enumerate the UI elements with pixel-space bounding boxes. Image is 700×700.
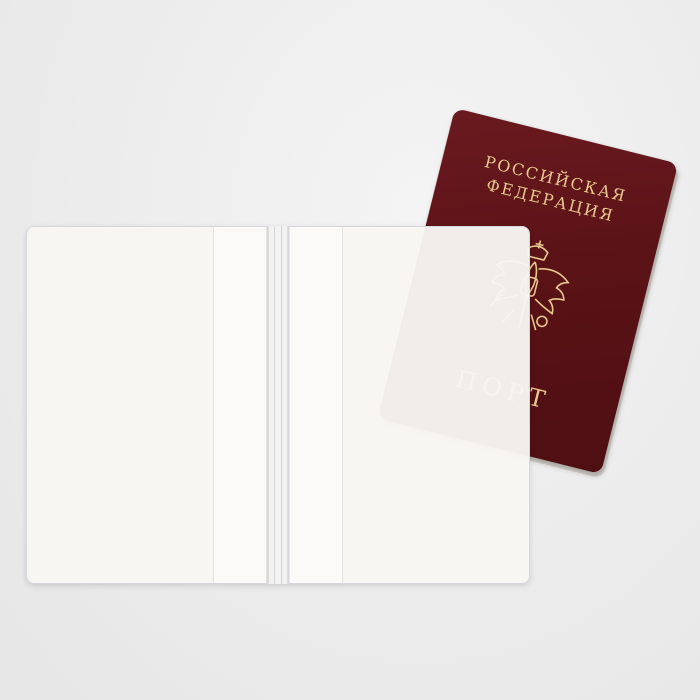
left-pocket [213,227,267,583]
scene-description: Clear transparent passport cover lying o… [0,0,1,1]
passport-cover [26,226,530,584]
cover-right-panel [288,226,530,584]
product-photo: РОССИЙСКАЯ ФЕДЕРАЦИЯ ПОРТ Cl [0,0,700,700]
cover-left-panel [26,226,268,584]
passport-title: РОССИЙСКАЯ ФЕДЕРАЦИЯ [436,141,670,239]
cover-spine [268,226,288,584]
right-pocket [289,227,343,583]
